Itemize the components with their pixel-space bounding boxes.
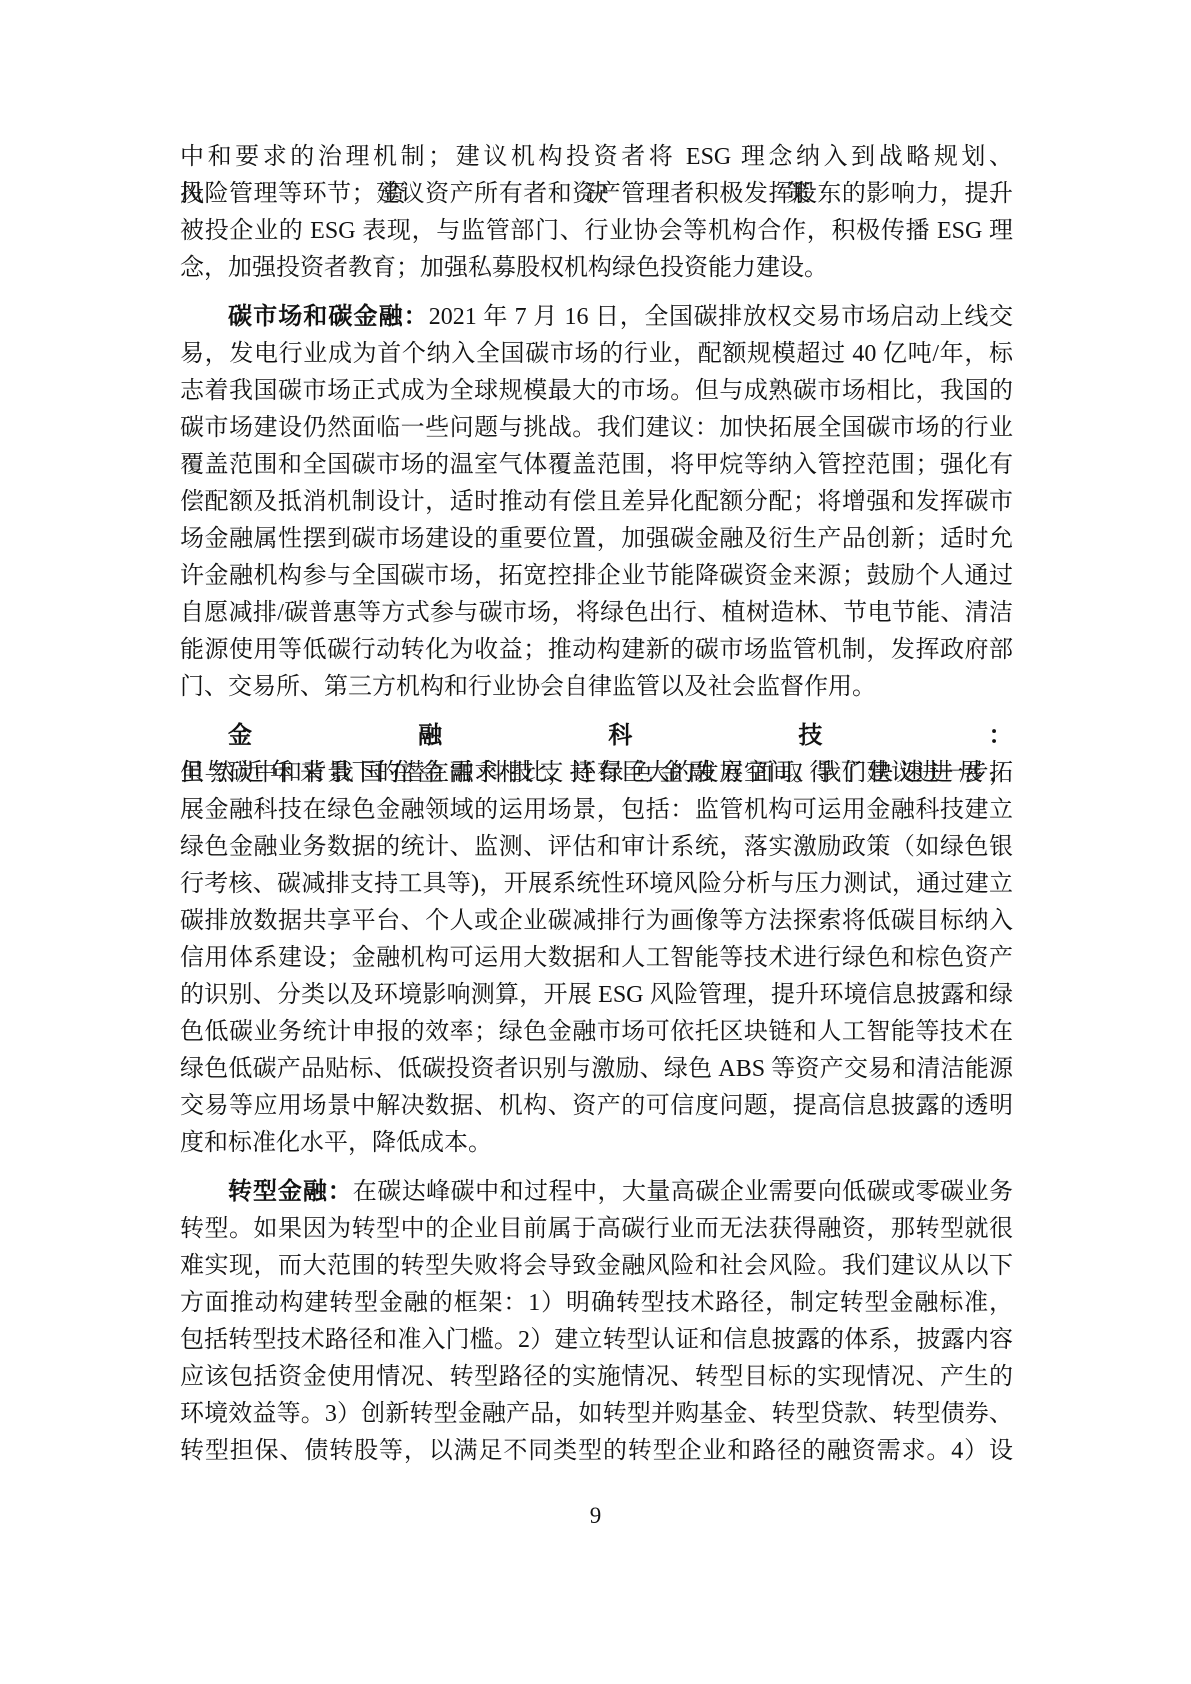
paragraph: 碳市场和碳金融：2021 年 7 月 16 日，全国碳排放权交易市场启动上线交易…: [180, 299, 1013, 706]
paragraph-heading: 碳市场和碳金融：: [228, 304, 429, 330]
text-line: 覆盖范围和全国碳市场的温室气体覆盖范围，将甲烷等纳入管控范围；强化有: [180, 447, 1013, 484]
text-line: 场金融属性摆到碳市场建设的重要位置，加强碳金融及衍生产品创新；适时允: [180, 521, 1013, 558]
text-line: 应该包括资金使用情况、转型路径的实施情况、转型目标的实现情况、产生的: [180, 1359, 1013, 1396]
text-line: 转型。如果因为转型中的企业目前属于高碳行业而无法获得融资，那转型就很: [180, 1211, 1013, 1248]
text-line: 包括转型技术路径和准入门槛。2）建立转型认证和信息披露的体系，披露内容: [180, 1322, 1013, 1359]
text-line: 行考核、碳减排支持工具等)，开展系统性环境风险分析与压力测试，通过建立: [180, 866, 1013, 903]
paragraph-heading: 转型金融：: [228, 1179, 353, 1205]
text-line: 金融科技：虽然近年来我国在金融科技支持绿色金融方面取得了快速进展，: [180, 718, 1013, 755]
body-text: 中和要求的治理机制；建议机构投资者将 ESG 理念纳入到战略规划、投资决策、风险…: [180, 139, 1013, 1470]
text-line: 的识别、分类以及环境影响测算，开展 ESG 风险管理，提升环境信息披露和绿: [180, 977, 1013, 1014]
document-page: 中和要求的治理机制；建议机构投资者将 ESG 理念纳入到战略规划、投资决策、风险…: [0, 0, 1191, 1684]
text-line: 绿色低碳产品贴标、低碳投资者识别与激励、绿色 ABS 等资产交易和清洁能源: [180, 1051, 1013, 1088]
text-line: 风险管理等环节；建议资产所有者和资产管理者积极发挥股东的影响力，提升: [180, 176, 1013, 213]
text-line: 展金融科技在绿色金融领域的运用场景，包括：监管机构可运用金融科技建立: [180, 792, 1013, 829]
text-line: 转型金融：在碳达峰碳中和过程中，大量高碳企业需要向低碳或零碳业务: [180, 1174, 1013, 1211]
text-line: 环境效益等。3）创新转型金融产品，如转型并购基金、转型贷款、转型债券、: [180, 1396, 1013, 1433]
page-number: 9: [590, 1501, 602, 1531]
text-line: 能源使用等低碳行动转化为收益；推动构建新的碳市场监管机制，发挥政府部: [180, 632, 1013, 669]
text-line: 志着我国碳市场正式成为全球规模最大的市场。但与成熟碳市场相比，我国的: [180, 373, 1013, 410]
text-line: 度和标准化水平，降低成本。: [180, 1125, 1013, 1162]
text-line: 被投企业的 ESG 表现，与监管部门、行业协会等机构合作，积极传播 ESG 理: [180, 213, 1013, 250]
text-line: 念，加强投资者教育；加强私募股权机构绿色投资能力建设。: [180, 250, 1013, 287]
text-line: 信用体系建设；金融机构可运用大数据和人工智能等技术进行绿色和棕色资产: [180, 940, 1013, 977]
text-line: 偿配额及抵消机制设计，适时推动有偿且差异化配额分配；将增强和发挥碳市: [180, 484, 1013, 521]
text-line: 但与碳中和背景下的潜在需求相比，还有巨大的发展空间。我们建议进一步拓: [180, 755, 1013, 792]
text-line: 许金融机构参与全国碳市场，拓宽控排企业节能降碳资金来源；鼓励个人通过: [180, 558, 1013, 595]
paragraph: 金融科技：虽然近年来我国在金融科技支持绿色金融方面取得了快速进展，但与碳中和背景…: [180, 718, 1013, 1162]
text-line: 中和要求的治理机制；建议机构投资者将 ESG 理念纳入到战略规划、投资决策、: [180, 139, 1013, 176]
text-line: 门、交易所、第三方机构和行业协会自律监管以及社会监督作用。: [180, 669, 1013, 706]
text-line: 难实现，而大范围的转型失败将会导致金融风险和社会风险。我们建议从以下: [180, 1248, 1013, 1285]
text-line: 绿色金融业务数据的统计、监测、评估和审计系统，落实激励政策（如绿色银: [180, 829, 1013, 866]
text-line: 色低碳业务统计申报的效率；绿色金融市场可依托区块链和人工智能等技术在: [180, 1014, 1013, 1051]
text-line: 转型担保、债转股等，以满足不同类型的转型企业和路径的融资需求。4）设: [180, 1433, 1013, 1470]
text-line: 方面推动构建转型金融的框架：1）明确转型技术路径，制定转型金融标准，: [180, 1285, 1013, 1322]
text-line: 碳市场和碳金融：2021 年 7 月 16 日，全国碳排放权交易市场启动上线交: [180, 299, 1013, 336]
paragraph: 转型金融：在碳达峰碳中和过程中，大量高碳企业需要向低碳或零碳业务转型。如果因为转…: [180, 1174, 1013, 1470]
text-line: 交易等应用场景中解决数据、机构、资产的可信度问题，提高信息披露的透明: [180, 1088, 1013, 1125]
page-footer: 9: [0, 1501, 1191, 1531]
text-line: 碳排放数据共享平台、个人或企业碳减排行为画像等方法探索将低碳目标纳入: [180, 903, 1013, 940]
text-line: 碳市场建设仍然面临一些问题与挑战。我们建议：加快拓展全国碳市场的行业: [180, 410, 1013, 447]
paragraph: 中和要求的治理机制；建议机构投资者将 ESG 理念纳入到战略规划、投资决策、风险…: [180, 139, 1013, 287]
text-line: 自愿减排/碳普惠等方式参与碳市场，将绿色出行、植树造林、节电节能、清洁: [180, 595, 1013, 632]
text-line: 易，发电行业成为首个纳入全国碳市场的行业，配额规模超过 40 亿吨/年，标: [180, 336, 1013, 373]
paragraph-heading: 金融科技：: [228, 723, 1013, 749]
